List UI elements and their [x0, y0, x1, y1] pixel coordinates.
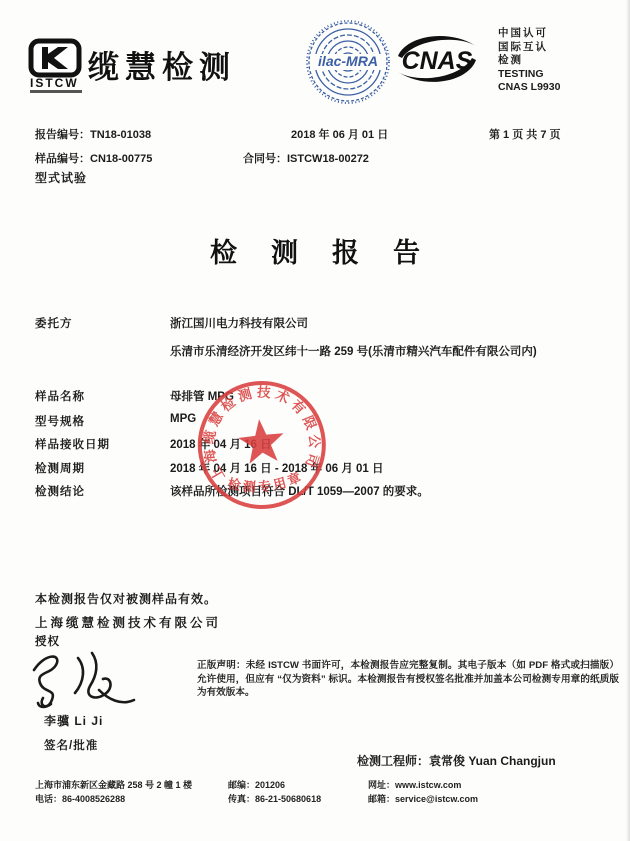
footer-email: 邮箱：service@istcw.com [368, 792, 478, 805]
report-no-value: TN18-01038 [90, 129, 151, 141]
cnas-icon: CNAS [392, 30, 482, 88]
svg-text:CNAS: CNAS [402, 47, 473, 75]
svg-text:检测专用章: 检测专用章 [225, 468, 307, 498]
validity-statement: 本检测报告仅对被测样品有效。 [35, 590, 217, 607]
footer-fax: 传真：86-21-50680618 [228, 792, 321, 805]
footer-fax-value: 86-21-50680618 [255, 794, 321, 804]
field-label-receive-date: 样品接收日期 [35, 436, 110, 452]
client-name: 浙江国川电力科技有限公司 [170, 315, 308, 331]
copyright-statement: 正版声明：未经 ISTCW 书面许可，本检测报告应完整复制。其电子版本（如 PD… [197, 659, 619, 700]
accreditation-line: 检测 [498, 54, 560, 68]
footer-website: 网址：www.istcw.com [368, 778, 461, 791]
footer-web-value: www.istcw.com [395, 780, 461, 790]
accreditation-line: CNAS L9930 [498, 81, 560, 95]
footer-zip-value: 201206 [255, 780, 285, 790]
footer-phone-label: 电话： [35, 794, 62, 804]
report-no-row: 报告编号：TN18-01038 [35, 126, 151, 142]
test-type-label: 型式试验 [35, 169, 87, 186]
sample-no-value: CN18-00775 [90, 153, 152, 165]
sample-no-label: 样品编号： [35, 153, 90, 165]
page-info: 第 1 页 共 7 页 [489, 126, 561, 142]
report-date: 2018 年 06 月 01 日 [291, 126, 388, 142]
sample-no-row: 样品编号：CN18-00775 [35, 150, 152, 166]
footer-zip: 邮编：201206 [228, 778, 285, 791]
report-page: ISTCW 缆慧检测 ilac-MRA CNAS 中国认可 国际互认 检测 TE… [0, 0, 630, 841]
accreditation-line: TESTING [498, 68, 560, 82]
page-title: 检测报告 [0, 231, 630, 270]
signature-icon [26, 648, 146, 714]
company-stamp-icon: 上海缆慧检测技术有限公司 检测专用章 [185, 370, 339, 524]
brand-cn-text: 缆慧检测 [88, 42, 236, 87]
field-label-sample-name: 样品名称 [35, 388, 85, 404]
client-address: 乐清市乐清经济开发区纬十一路 259 号(乐清市精兴汽车配件有限公司内) [170, 343, 537, 359]
footer-zip-label: 邮编： [228, 780, 255, 790]
svg-text:ilac-MRA: ilac-MRA [318, 53, 378, 69]
footer-phone: 电话：86-4008526288 [35, 792, 125, 805]
field-label-conclusion: 检测结论 [35, 483, 85, 499]
ilac-mra-icon: ilac-MRA [306, 20, 390, 104]
company-name: 上海缆慧检测技术有限公司 [35, 613, 221, 631]
field-label-model: 型号规格 [35, 413, 85, 429]
signer-caption: 签名/批准 [44, 737, 98, 753]
accreditation-line: 中国认可 [498, 27, 560, 41]
report-no-label: 报告编号： [35, 129, 90, 141]
field-label-test-period: 检测周期 [35, 460, 85, 476]
accreditation-block: 中国认可 国际互认 检测 TESTING CNAS L9930 [498, 27, 560, 95]
contract-value: ISTCW18-00272 [287, 153, 369, 165]
accreditation-line: 国际互认 [498, 41, 560, 55]
brand-tagline-line [30, 90, 82, 93]
footer-address: 上海市浦东新区金藏路 258 号 2 幢 1 楼 [35, 778, 192, 791]
footer-email-label: 邮箱： [368, 794, 395, 804]
footer-web-label: 网址： [368, 780, 395, 790]
footer-email-value: service@istcw.com [395, 794, 478, 804]
brand-en-text: ISTCW [30, 76, 79, 90]
engineer-line: 检测工程师：袁常俊 Yuan Changjun [357, 752, 556, 769]
signer-name: 李骥 Li Ji [44, 712, 103, 729]
footer-fax-label: 传真： [228, 794, 255, 804]
client-label: 委托方 [35, 315, 73, 331]
contract-label: 合同号： [243, 153, 287, 165]
footer-phone-value: 86-4008526288 [62, 794, 125, 804]
authorize-label: 授权 [35, 633, 60, 649]
contract-no-row: 合同号：ISTCW18-00272 [243, 150, 369, 166]
